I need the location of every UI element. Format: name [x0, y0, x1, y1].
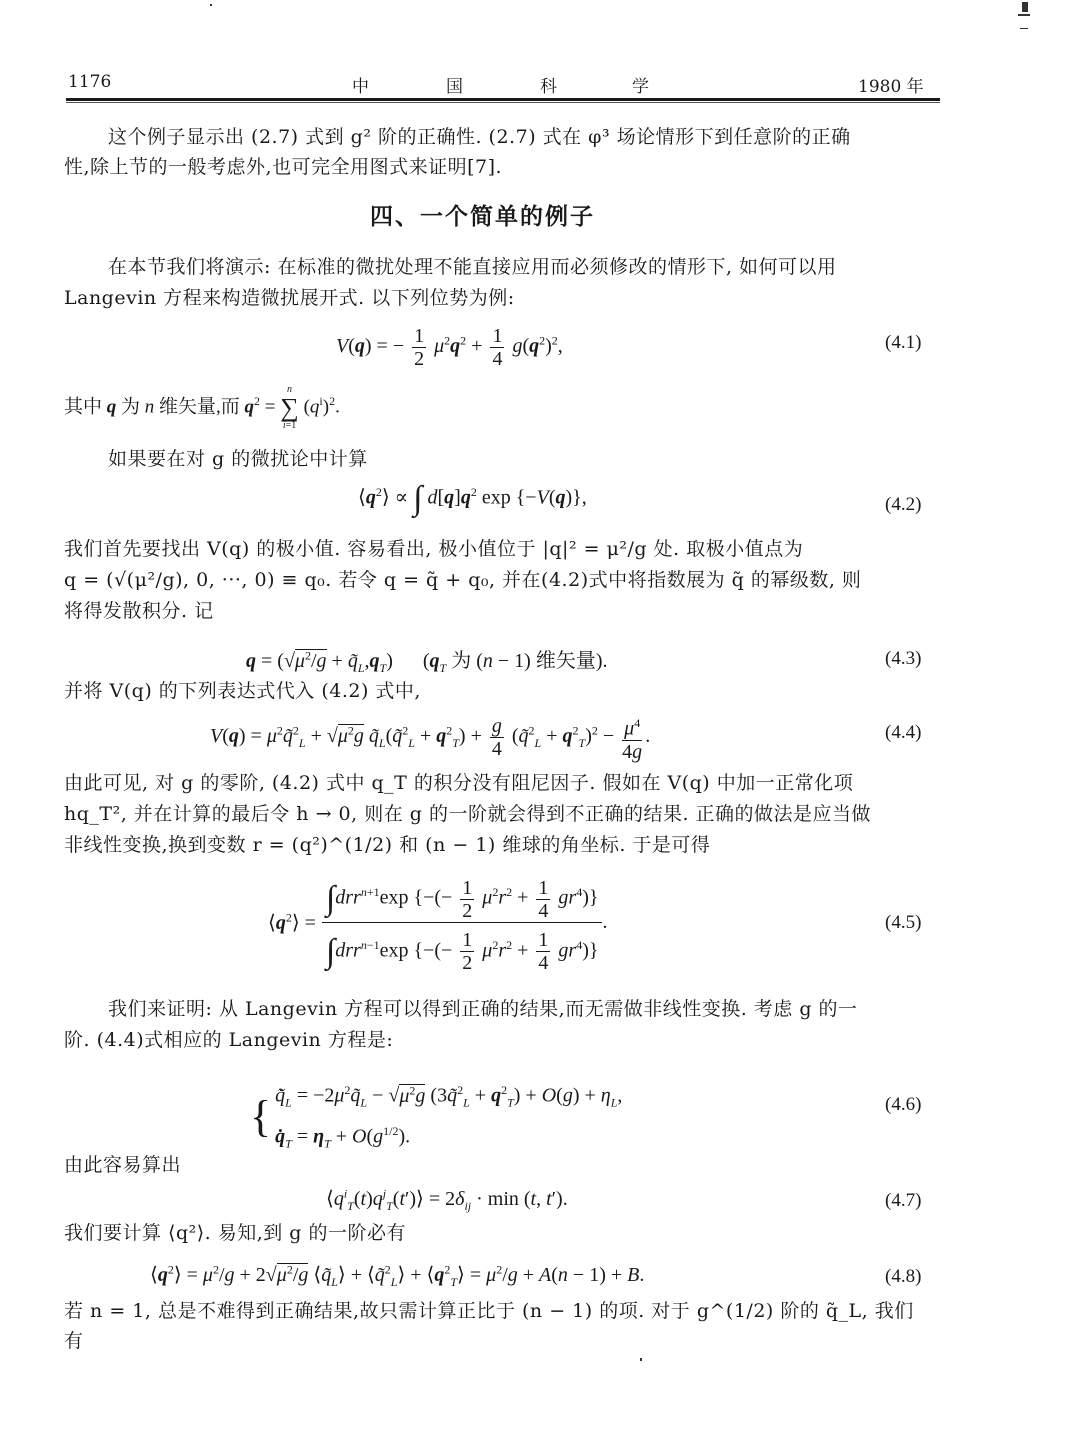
equation-4-2: ⟨q2⟩ ∝ ∫ d[q]q2 exp {−V(q)}, — [358, 480, 587, 518]
scan-artifact — [640, 1358, 642, 1361]
header-rule — [66, 98, 940, 101]
equation-number-4-6: (4.6) — [885, 1094, 921, 1116]
journal-char-3: 科 — [540, 72, 557, 97]
para6-line-1: 我们来证明: 从 Langevin 方程可以得到正确的结果,而无需做非线性变换.… — [108, 994, 858, 1024]
section-title: 四、一个简单的例子 — [370, 198, 595, 231]
equation-4-7: ⟨qiT(t)qjT(t′)⟩ = 2δij · min (t, t′). — [326, 1186, 568, 1214]
equation-number-4-1: (4.1) — [885, 332, 921, 354]
para4: 并将 V(q) 的下列表达式代入 (4.2) 式中, — [64, 676, 421, 706]
para1-line-2: Langevin 方程来构造微扰展开式. 以下列位势为例: — [64, 283, 515, 313]
equation-4-5: ⟨q2⟩ = ∫drrn+1exp {−(− 12 μ2r2 + 14 gr4)… — [268, 870, 607, 974]
equation-4-4: V(q) = μ2q̃2L + √μ2g q̃L(q̃2L + q2T) + g… — [210, 712, 650, 763]
equation-4-8: ⟨q2⟩ = μ2/g + 2√μ2/g ⟨q̃L⟩ + ⟨q̃2L⟩ + ⟨q… — [150, 1262, 644, 1290]
intro-line-1: 这个例子显示出 (2.7) 式到 g² 阶的正确性. (2.7) 式在 φ³ 场… — [108, 122, 851, 152]
equation-number-4-7: (4.7) — [885, 1190, 921, 1212]
journal-char-1: 中 — [352, 72, 369, 97]
equation-number-4-4: (4.4) — [885, 722, 921, 744]
para6-line-2: 阶. (4.4)式相应的 Langevin 方程是: — [64, 1025, 393, 1055]
year: 1980 年 — [858, 72, 924, 97]
scan-artifact — [210, 4, 212, 6]
equation-4-6: { q̃̇L = −2μ2q̃L − √μ2g (3q̃2L + q2T) + … — [250, 1076, 622, 1157]
para3-line-2: q = (√(μ²/g), 0, ···, 0) ≡ q₀. 若令 q = q̃… — [64, 565, 861, 595]
para1-line-1: 在本节我们将演示: 在标准的微扰处理不能直接应用而必须修改的情形下, 如何可以用 — [108, 252, 837, 282]
para9-line-1: 若 n = 1, 总是不难得到正确结果,故只需计算正比于 (n − 1) 的项.… — [64, 1296, 914, 1326]
equation-4-1: V(q) = − 12 μ2q2 + 14 g(q2)2, — [336, 325, 563, 370]
scan-artifact — [1018, 14, 1030, 16]
para8: 我们要计算 ⟨q²⟩. 易知,到 g 的一阶必有 — [64, 1218, 406, 1248]
para9-line-2: 有 — [64, 1326, 84, 1356]
equation-number-4-2: (4.2) — [885, 494, 921, 516]
para5-line-1: 由此可见, 对 g 的零阶, (4.2) 式中 q_T 的积分没有阻尼因子. 假… — [64, 768, 853, 798]
equation-number-4-3: (4.3) — [885, 648, 921, 670]
para7: 由此容易算出 — [64, 1150, 181, 1180]
equation-number-4-8: (4.8) — [885, 1266, 921, 1288]
para3-line-1: 我们首先要找出 V(q) 的极小值. 容易看出, 极小值位于 |q|² = μ²… — [64, 534, 803, 564]
para-where-q: 其中 q 为 n 维矢量,而 q2 = n∑i=1 (qi)2. — [64, 385, 340, 431]
para2: 如果要在对 g 的微扰论中计算 — [108, 444, 368, 474]
para5-line-3: 非线性变换,换到变数 r = (q²)^(1/2) 和 (n − 1) 维球的角… — [64, 830, 710, 860]
equation-4-3: q = (√μ2/g + q̃L,qT) (qT 为 (n − 1) 维矢量). — [246, 644, 607, 676]
equation-number-4-5: (4.5) — [885, 912, 921, 934]
journal-char-4: 学 — [632, 72, 649, 97]
intro-line-2: 性,除上节的一般考虑外,也可完全用图式来证明[7]. — [64, 152, 502, 182]
page-number: 1176 — [68, 72, 111, 92]
para5-line-2: hq_T², 并在计算的最后令 h → 0, 则在 g 的一阶就会得到不正确的结… — [64, 799, 871, 829]
journal-char-2: 国 — [446, 72, 463, 97]
scan-artifact — [1022, 2, 1028, 12]
para3-line-3: 将得发散积分. 记 — [64, 596, 214, 626]
scan-artifact — [1020, 28, 1028, 29]
header-rule-thin — [66, 102, 940, 103]
